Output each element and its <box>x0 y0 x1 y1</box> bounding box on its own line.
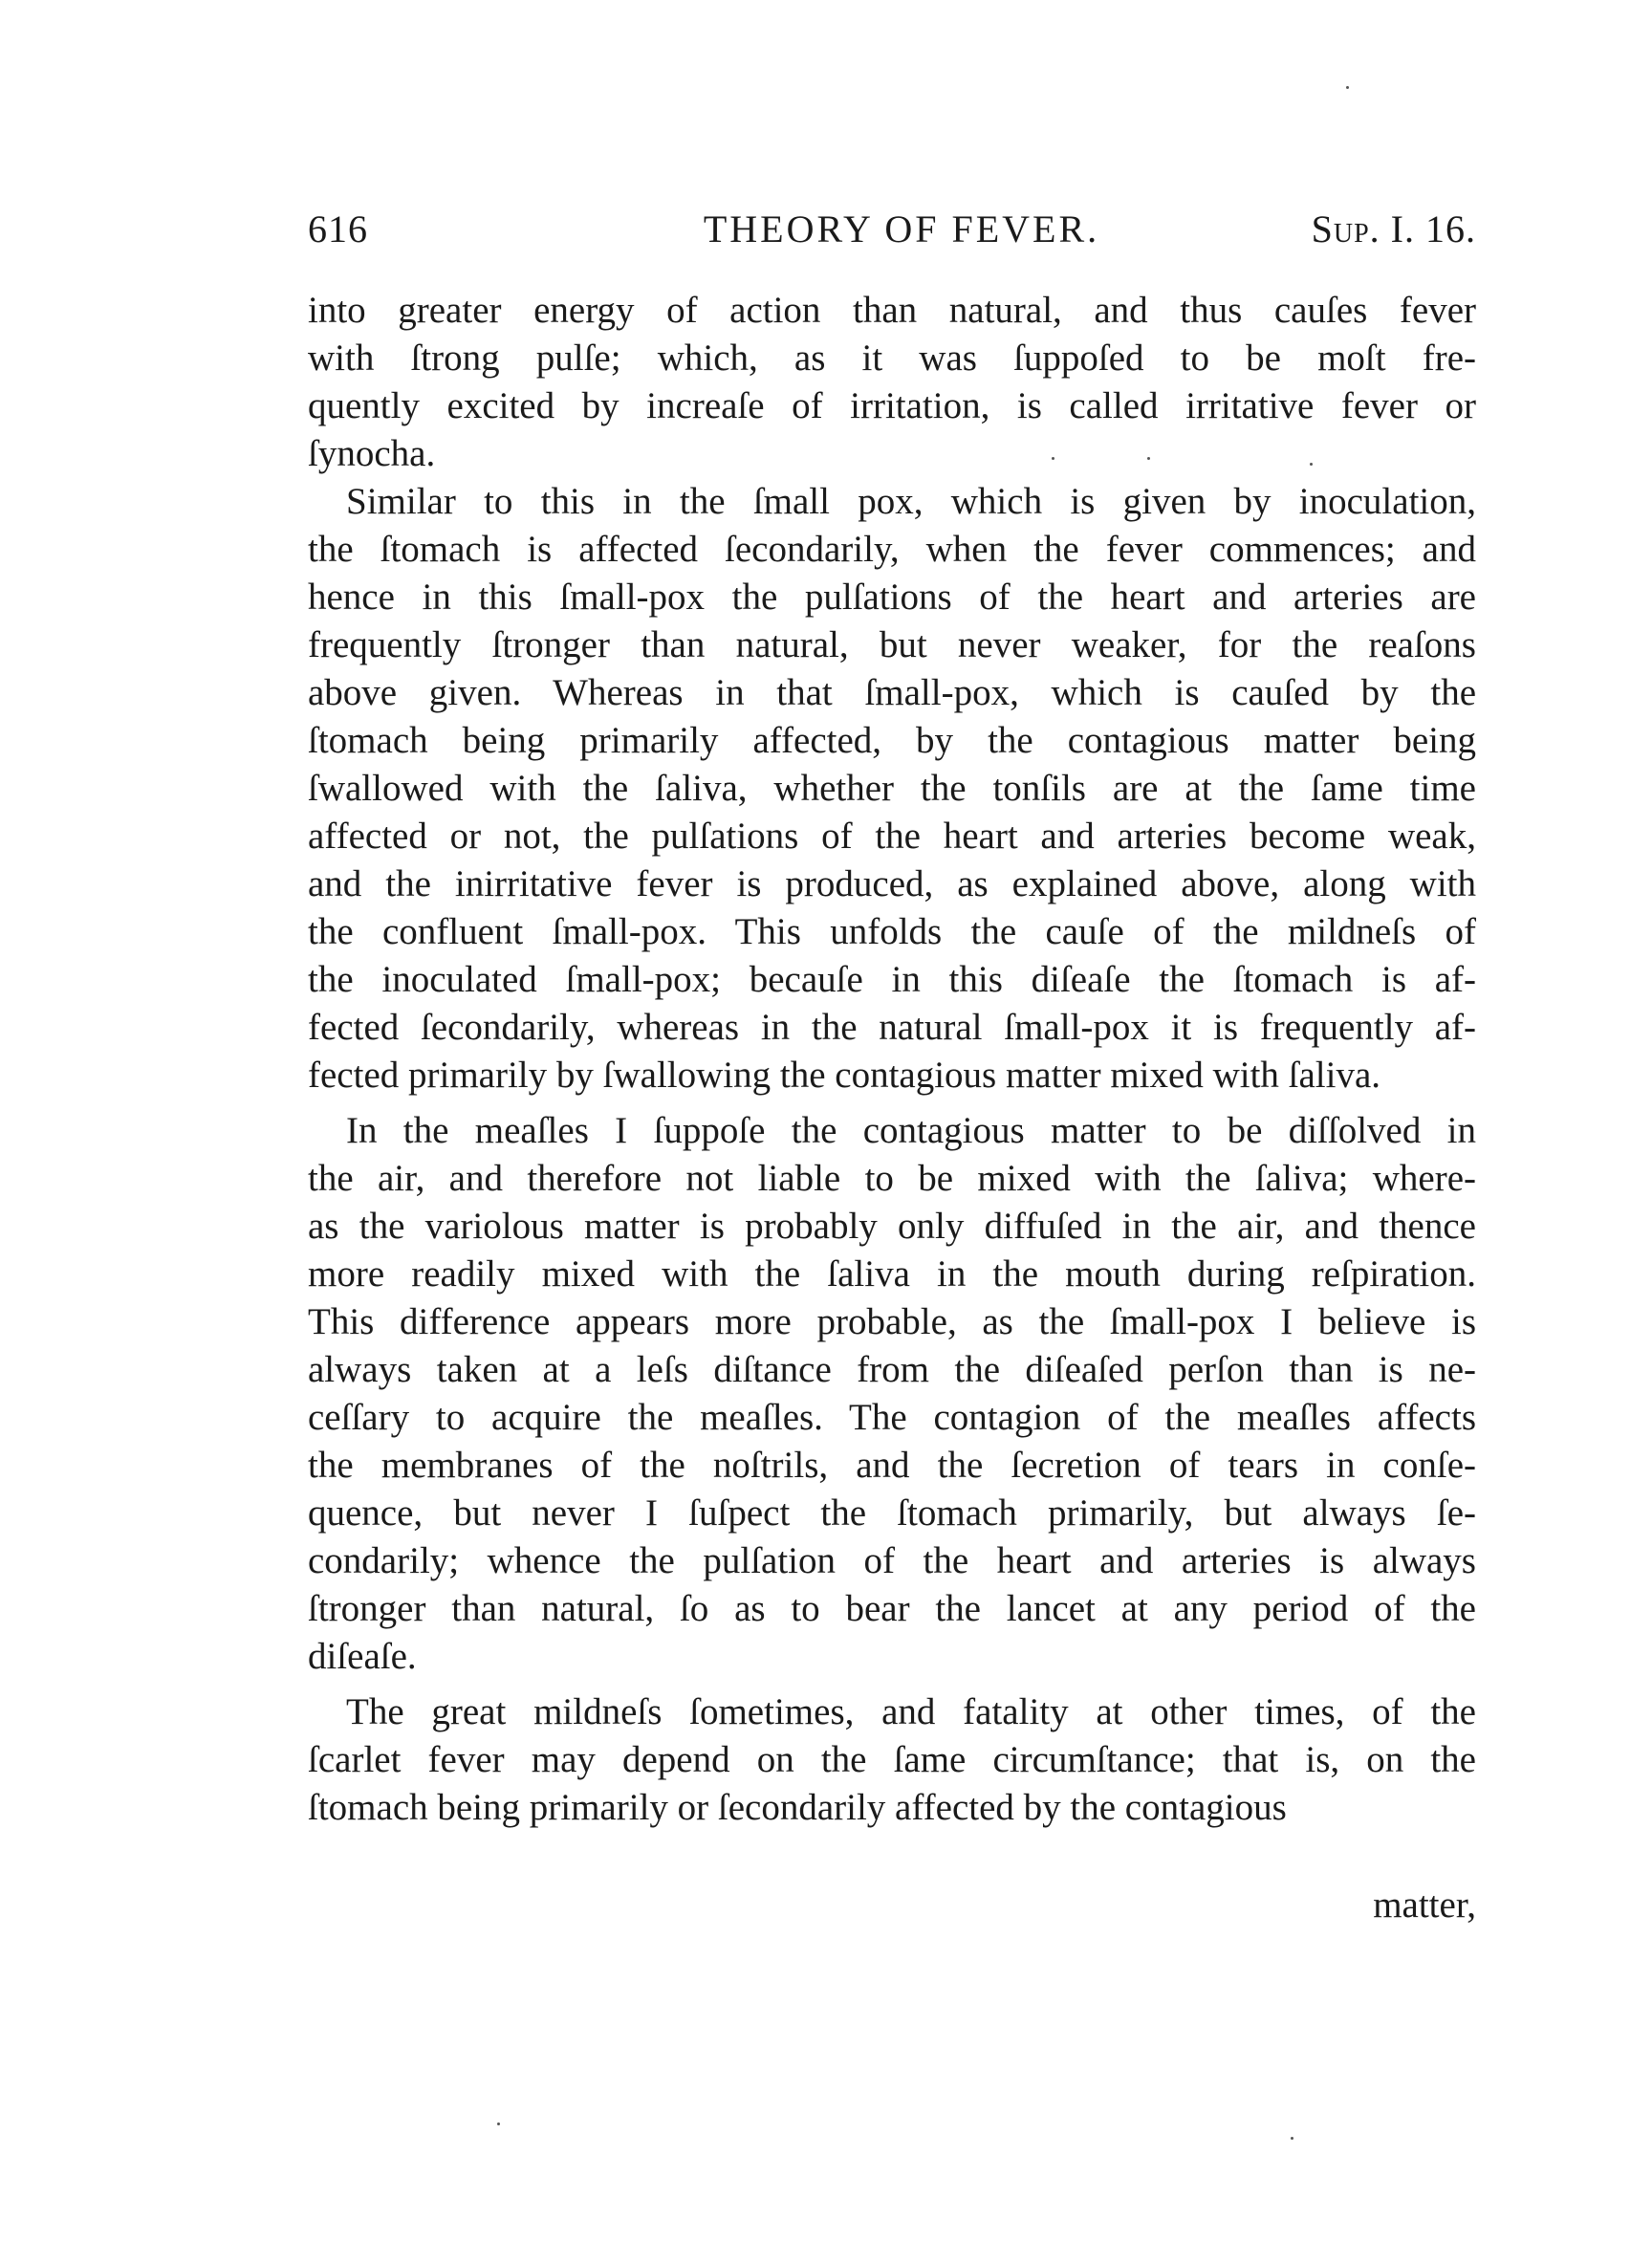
text-line: hence in this ſmall-pox the pulſations o… <box>308 574 1476 621</box>
text-line: with ſtrong pulſe; which, as it was ſupp… <box>308 335 1476 382</box>
scan-speck <box>1310 463 1313 466</box>
text-line: quently excited by increaſe of irritatio… <box>308 382 1476 430</box>
paragraph-gap <box>308 1681 1476 1688</box>
text-line: into greater energy of action than natur… <box>308 287 1476 335</box>
text-line: ceſſary to acquire the meaſles. The cont… <box>308 1394 1476 1442</box>
text-line: above given. Whereas in that ſmall-pox, … <box>308 669 1476 717</box>
text-line: always taken at a leſs diſtance from the… <box>308 1346 1476 1394</box>
text-line: more readily mixed with the ſaliva in th… <box>308 1251 1476 1298</box>
text-line: as the variolous matter is probably only… <box>308 1203 1476 1251</box>
text-line: condarily; whence the pulſation of the h… <box>308 1537 1476 1585</box>
text-line: fected ſecondarily, whereas in the natur… <box>308 1004 1476 1052</box>
text-line: This difference appears more probable, a… <box>308 1298 1476 1346</box>
catchword: matter, <box>1373 1882 1476 1929</box>
paragraph-gap <box>308 1099 1476 1107</box>
scan-speck <box>1346 86 1349 89</box>
text-line: frequently ſtronger than natural, but ne… <box>308 621 1476 669</box>
scan-speck <box>1052 457 1054 460</box>
text-line: quence, but never I ſuſpect the ſtomach … <box>308 1490 1476 1537</box>
scan-speck <box>1147 457 1150 460</box>
text-line: fected primarily by ſwallowing the conta… <box>308 1052 1476 1099</box>
text-line: ſtomach being primarily affected, by the… <box>308 717 1476 765</box>
running-head: 616 THEORY OF FEVER. Sup. I. 16. <box>308 203 1476 256</box>
section-reference: Sup. I. 16. <box>1312 203 1476 256</box>
text-line: the membranes of the noſtrils, and the ſ… <box>308 1442 1476 1490</box>
text-line: ſcarlet fever may depend on the ſame cir… <box>308 1736 1476 1784</box>
body-text: into greater energy of action than natur… <box>308 287 1476 1832</box>
text-line: and the inirritative fever is produced, … <box>308 860 1476 908</box>
paragraph: into greater energy of action than natur… <box>308 287 1476 478</box>
text-line: ſtronger than natural, ſo as to bear the… <box>308 1585 1476 1633</box>
text-line: ſynocha. <box>308 430 1476 478</box>
text-line: affected or not, the pulſations of the h… <box>308 813 1476 860</box>
text-line: the inoculated ſmall-pox; becauſe in thi… <box>308 956 1476 1004</box>
text-line: ſwallowed with the ſaliva, whether the t… <box>308 765 1476 813</box>
paragraph: Similar to this in the ſmall pox, which … <box>308 478 1476 1099</box>
text-line: In the meaſles I ſuppoſe the contagious … <box>308 1107 1476 1155</box>
text-line: diſeaſe. <box>308 1633 1476 1681</box>
text-line: the confluent ſmall-pox. This unfolds th… <box>308 908 1476 956</box>
running-title: THEORY OF FEVER. <box>308 203 1476 256</box>
text-line: ſtomach being primarily or ſecondarily a… <box>308 1784 1476 1832</box>
paragraph: In the meaſles I ſuppoſe the contagious … <box>308 1107 1476 1681</box>
scan-speck <box>497 2122 500 2125</box>
text-line: The great mildneſs ſometimes, and fatali… <box>308 1688 1476 1736</box>
paragraph: The great mildneſs ſometimes, and fatali… <box>308 1688 1476 1832</box>
text-line: Similar to this in the ſmall pox, which … <box>308 478 1476 526</box>
text-line: the ſtomach is affected ſecondarily, whe… <box>308 526 1476 574</box>
text-line: the air, and therefore not liable to be … <box>308 1155 1476 1203</box>
scan-speck <box>1291 2137 1293 2140</box>
book-page: 616 THEORY OF FEVER. Sup. I. 16. into gr… <box>0 0 1652 2264</box>
